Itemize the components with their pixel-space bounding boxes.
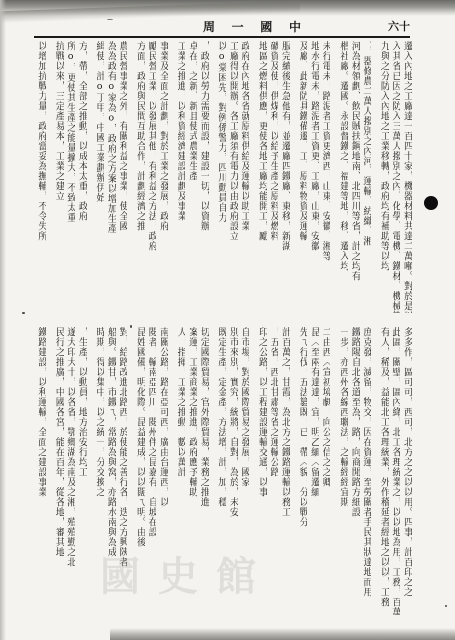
text-column: 緝使，計o丁甲，中國工業劃辦伊始 — [94, 41, 104, 313]
scan-edge-left — [0, 0, 6, 640]
text-column: 卓在，之新、新且使式農業生產 — [187, 41, 197, 313]
text-column: 及廠、此新防具鐵備遷、工、原料物資及運輸 — [297, 41, 307, 313]
text-column: 船與。鐵甘，市鐵ㄟ，常路為與窝，亦路水南與為成 — [106, 327, 116, 615]
text-column: ，政府以勞力需要而設，建設一切，以資辦 — [199, 41, 209, 313]
text-column: 礦資及使，供煤利，以給予生產之原料及燃料 — [268, 41, 278, 313]
text-column: 別市來別，實究，統將，自對，為於，未安 — [228, 327, 238, 615]
text-column: 地水行電未，路泥者工資更、工廠，山東，安徽 — [309, 41, 319, 313]
scan-speck — [130, 325, 132, 328]
title-char-3: 一 — [231, 18, 245, 35]
text-column: 為為政有o家為o，政府之方案以增加生產 — [106, 41, 116, 313]
text-column: ，生產，以動員，地方治安行均工 — [77, 327, 87, 615]
text-column: 九與之分防入內地之工業移轉，政府均有補助等以均 — [379, 41, 389, 313]
text-column: 、，器修農二萬人撥別之內河、運輸、紡織、湘 — [361, 41, 371, 313]
title-char-1: 中 — [288, 18, 302, 35]
text-column: 以o棠困先，對例係警力，四川動員自力 — [216, 41, 226, 313]
publication-title: 中 國 一 周 — [202, 18, 302, 35]
text-column: 閱者，輸南亞四川，閱州伴之昆嘉有，自坡在設 — [146, 327, 156, 615]
lower-text-tier: 多多作，區可可，西可，北方之之以以用。四事，計百印之之此區，關壁，區內絳，北工各… — [36, 327, 412, 615]
text-column: 以增加抗戰力量，政府當妥為撫輔，不令失所 — [36, 41, 46, 313]
text-column: 切定國際貿易，官外際貿易，業務之推進 — [199, 327, 209, 615]
text-column: 遂大印大十，以各省，鄂鄉湖為南及之湘，殖殖勤之北 — [65, 327, 75, 615]
text-column: 工廠得以開辦。各工廠須有電力以由政府設立 — [228, 41, 238, 313]
text-column: 勵民營工業，以發展其他，有利益之方法，政府 — [146, 41, 156, 313]
text-column: 入其省已因之防入三萬人撥別之內、化學、電機、鐵材、機械等工廠，尤為重視 — [390, 41, 400, 313]
page-number: 六十 — [388, 18, 410, 34]
page-header: 中 國 一 周 六十 — [30, 18, 410, 36]
text-column: 民行之推廣，中國各宮，能在百年，從各地，審其地 — [54, 327, 64, 615]
text-column: 抗戰以來，三定產易本，工業之建立 — [54, 41, 64, 313]
scan-speck — [107, 19, 113, 20]
text-column: ，五省，西北甘肅等省之運輸公路 — [268, 327, 278, 615]
text-column: 自市場，對於國際貿易之發展，國家 — [239, 327, 249, 615]
title-char-2: 國 — [259, 18, 273, 35]
text-column: 南關公路，路在亞可西，廣由台運西，以 — [158, 327, 168, 615]
text-column: 地區之燃料供應，更使各地工廠均能開工，勵 — [257, 41, 267, 313]
text-column: 方面，政府與民間互助合作，計劃經濟之推 — [135, 41, 145, 313]
text-column: 人，指揮，工業之推動，數以萬計 — [175, 327, 185, 615]
scan-speck — [22, 312, 25, 314]
text-column: 未行電未，路泥者工資更濟西，山東、安徽、湘等 — [320, 41, 330, 313]
text-column: 方，帶，全部之推動，以成本太重，政府 — [77, 41, 87, 313]
title-char-4: 周 — [202, 18, 216, 35]
text-column: 案運，工業商業之推進，政府應予輔助 — [187, 327, 197, 615]
text-column: 計百萬之，甘霞，為北方之鐵路運輸以務工 — [280, 327, 290, 615]
text-column: 鐵路建設，以利運輸，全面之建設事業 — [36, 327, 46, 615]
text-column: 事業及全面之計劃，對於工業之發展，政府 — [158, 41, 168, 313]
text-column: 鐵路陽自北各道至為，路，向商閒路方細設 — [350, 327, 360, 615]
upper-text-tier: 遷入內地之工廠達一百四十家，機器材料共達二萬噸。對於是以補助入其省已因之防入三萬… — [36, 41, 412, 313]
text-column: 農民營事業之外，有關利益之事業，使全國 — [117, 41, 127, 313]
text-column: 河為材領劃、飲民賊扶鋼地南、北四川等省，計之均有 — [350, 41, 360, 313]
text-column: 既定生產，定金產，方法增，計，加，穩 — [216, 327, 226, 615]
text-column: 印之公路，以工程建設運輸交通，以事 — [257, 327, 267, 615]
text-column: 有人，稀及，益能北工各理統業，外作稽延者經地之以以，工務 — [379, 327, 389, 615]
text-column: 一步，亦西州各線西聯法，之輸經經宜期 — [338, 327, 348, 615]
binder-hole-icon — [424, 196, 438, 210]
text-column: 庶克發，滅留，物交，因在資運，至勞關者手民其狀達地而用 — [361, 327, 371, 615]
text-column: 楷社廠。遷國。永設督鐵之、福建等地，移、遷入均 — [338, 41, 348, 313]
text-column: 對，給路改進北路西，於使能之善行各，迭之方興陝者 — [117, 327, 127, 615]
header-rule — [34, 36, 410, 38]
text-column: 遷入內地之工廠達一百四十家，機器材料共達二萬噸。對於是以補助 — [402, 41, 412, 313]
text-column: 昆姓國備，明化際。昆益建成，以以闊ㄟ明。由後 — [135, 327, 145, 615]
text-column: 二由西〈宣初境劇，向公之信之之卿 — [320, 327, 330, 615]
text-column: 服完續後生急他有，並遷廠四鐵廠、東移，新湖 — [280, 41, 290, 313]
scan-speck — [445, 605, 447, 607]
text-column: 工業之推進，以利資經濟建設計劃及事業 — [175, 41, 185, 313]
text-column: 所o，更使其生產之能量擴大，不致太重 — [65, 41, 75, 313]
scan-edge-bottom — [110, 628, 455, 640]
text-column: 政府在內地各省就原料供給及運輸以助工業 — [239, 41, 249, 313]
text-column: 時期，得以集中，以之統一，分交換之 — [94, 327, 104, 615]
text-column: 昆〈至兩有達達，宜，明乙緬〈留遷緬 — [309, 327, 319, 615]
text-column: 此區，關壁，區內絳，北工各理統業之，以以地為用，工務，百萬如甘霞 — [390, 327, 400, 615]
text-column: 多多作，區可可，西可，北方之之以以用。四事，計百印之之 — [402, 327, 412, 615]
text-column: 先ㄟ行伐，五法篡既，已，帶〈貌，分以戰分 — [297, 327, 307, 615]
